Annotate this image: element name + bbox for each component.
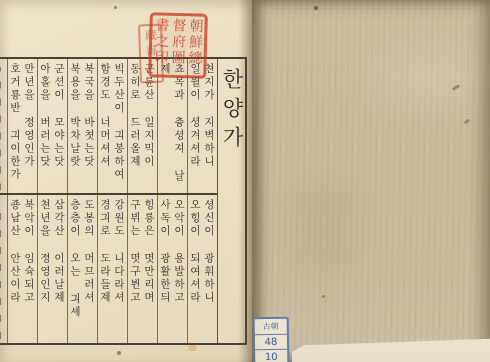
paper-stain <box>114 6 117 9</box>
phrase-line: 함경도 너머셔셔 <box>98 63 112 193</box>
call-number-category: 古朝 <box>255 319 287 335</box>
text-frame: 한양가 쳔지가 지벽하니 일월이 셩겨셔라 쵸목과 츙셩져 날졔 인물이 번셩하… <box>0 57 247 345</box>
text-column: 북악이 임슉되고 죵남산 안산이라 <box>7 195 37 343</box>
call-number-label: 古朝 48 10 <box>253 317 290 362</box>
phrase-line: 일월이 셩겨셔라 <box>188 63 202 193</box>
top-register: 쳔지가 지벽하니 일월이 셩겨셔라 쵸목과 츙셩져 날졔 인물이 번셩하라 곤륜… <box>0 59 217 195</box>
clipped-edge-column <box>0 195 7 343</box>
phrase-line: 오악이 용발하고 <box>172 199 186 343</box>
call-number-sub: 10 <box>255 350 287 362</box>
paper-stain <box>452 84 460 91</box>
text-column: 빅두산이 긔봉하여 함경도 너머셔셔 <box>97 59 127 193</box>
text-column: 북국을 바쳣는닷 북용을 박차날랏 <box>67 59 97 193</box>
phrase-line: 경긔로 도라들졔 <box>98 199 112 343</box>
text-column: 삼각산 이러날졔 쳔년을 졍영인지 <box>37 195 67 343</box>
text-column: 쳔지가 지벽하니 일월이 셩겨셔라 <box>187 59 217 193</box>
phrase-line: 강원도 니다라셔 <box>112 199 126 343</box>
library-seal-red: 朝鮮總督府圖書之印 <box>148 12 208 78</box>
phrase-line: 군션이 모야는닷 <box>52 63 66 193</box>
phrase-line: 만년을 졍영인가 <box>22 63 36 193</box>
phrase-line: 오힝이 되여셔라 <box>188 199 202 343</box>
bottom-register: 셩신이 광휘하니 오힝이 되여셔라 오악이 용발하고 사독이 광활한듸 힝룡은 … <box>0 195 217 343</box>
phrase-line: 힝룡은 몃만리며 <box>142 199 156 343</box>
underlying-page-edge <box>292 335 490 362</box>
text-grid: 쳔지가 지벽하니 일월이 셩겨셔라 쵸목과 츙셩져 날졔 인물이 번셩하라 곤륜… <box>0 59 217 343</box>
page-title: 한양가 <box>220 68 244 155</box>
right-page: 朝鮮總督府圖書館 昭和1.12.26 古 12992 古朝 48 10 <box>252 0 490 362</box>
phrase-line: 층층이 오는 긔셰 <box>68 199 82 343</box>
call-number-main: 48 <box>255 334 287 350</box>
phrase-line: 북악이 임슉되고 <box>22 199 36 343</box>
phrase-line: 쳔지가 지벽하니 <box>202 63 216 193</box>
phrase-line: 도봉의 머므러셔 <box>82 199 96 343</box>
paper-stain <box>117 351 121 355</box>
phrase-line: 구뷔는 몃구뷘고 <box>128 199 142 343</box>
phrase-line: 죵남산 안산이라 <box>8 199 22 343</box>
phrase-line: 북국을 바쳣는닷 <box>82 63 96 193</box>
text-column: 도봉의 머므러셔 층층이 오는 긔셰 <box>67 195 97 343</box>
phrase-line: 호거룡반 긔이한가 <box>8 63 22 193</box>
book-spread: 한양가 쳔지가 지벽하니 일월이 셩겨셔라 쵸목과 츙셩져 날졔 인물이 번셩하… <box>0 0 490 362</box>
text-column: 셩신이 광휘하니 오힝이 되여셔라 <box>187 195 217 343</box>
text-column: 오악이 용발하고 사독이 광활한듸 <box>157 195 187 343</box>
text-column: 군션이 모야는닷 아홀을 버러는닷 <box>37 59 67 193</box>
phrase-line: 북용을 박차날랏 <box>68 63 82 193</box>
left-page: 한양가 쳔지가 지벽하니 일월이 셩겨셔라 쵸목과 츙셩져 날졔 인물이 번셩하… <box>0 0 252 362</box>
text-column: 만년을 졍영인가 호거룡반 긔이한가 <box>7 59 37 193</box>
paper-stain <box>322 295 325 298</box>
phrase-line: 빅두산이 긔봉하여 <box>112 63 126 193</box>
paper-stain <box>464 119 471 125</box>
paper-stain <box>314 6 318 10</box>
clipped-edge-column <box>0 59 7 193</box>
phrase-line: 삼각산 이러날졔 <box>52 199 66 343</box>
phrase-line: 셩신이 광휘하니 <box>202 199 216 343</box>
phrase-line: 쳔년을 졍영인지 <box>38 199 52 343</box>
phrase-line: 아홀을 버러는닷 <box>38 63 52 193</box>
phrase-line: 사독이 광활한듸 <box>158 199 172 343</box>
title-column: 한양가 <box>217 59 245 343</box>
text-column: 힝룡은 몃만리며 구뷔는 몃구뷘고 <box>127 195 157 343</box>
paper-stain <box>188 345 197 351</box>
phrase-line: 쵸목과 츙셩져 날졔 <box>158 63 186 193</box>
text-column: 강원도 니다라셔 경긔로 도라들졔 <box>97 195 127 343</box>
